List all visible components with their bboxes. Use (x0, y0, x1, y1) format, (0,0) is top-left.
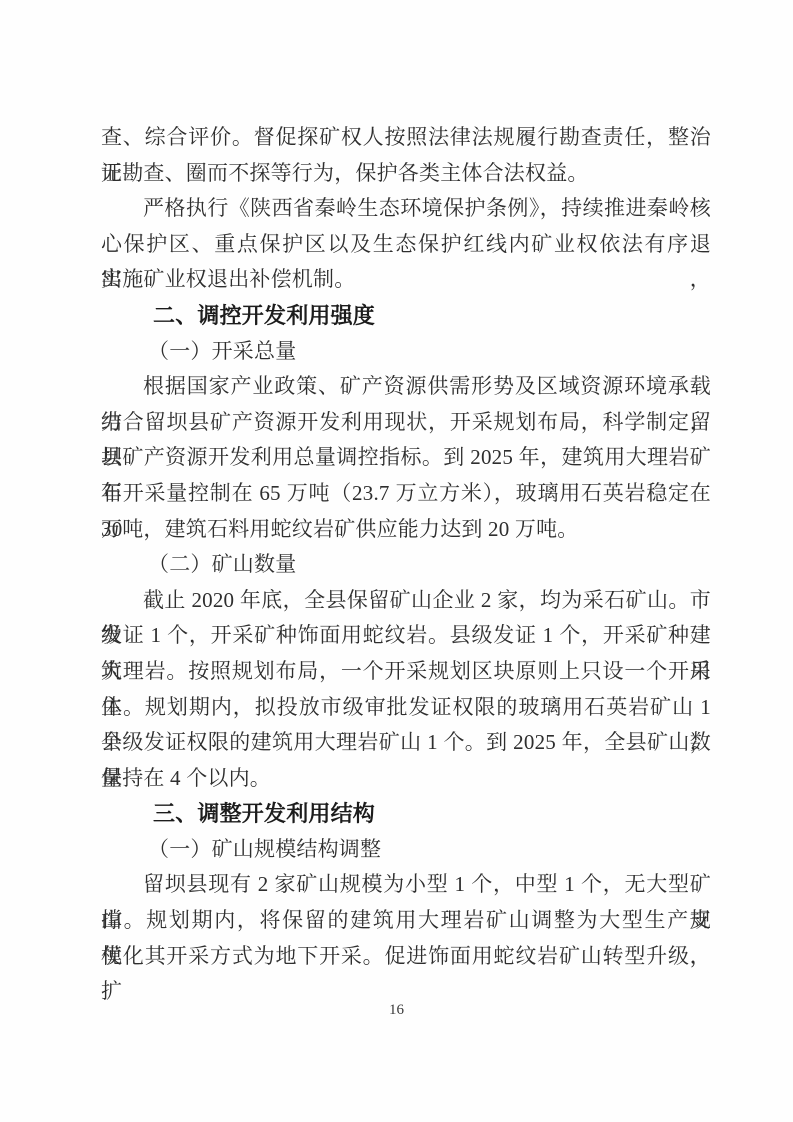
text-line: 体。规划期内，拟投放市级审批发证权限的玻璃用石英岩矿山 1 个， (101, 690, 711, 726)
section-heading-2: 二、调控开发利用强度 (101, 298, 711, 334)
subsection-heading: （一）矿山规模结构调整 (101, 832, 711, 868)
paragraph-start-line: 严格执行《陕西省秦岭生态环境保护条例》，持续推进秦岭核 (101, 191, 711, 227)
text-line: 证勘查、圈而不探等行为，保护各类主体合法权益。 (101, 156, 711, 192)
subsection-heading: （二）矿山数量 (101, 547, 711, 583)
text-line: 县级发证权限的建筑用大理岩矿山 1 个。到 2025 年，全县矿山数量 (101, 725, 711, 761)
text-line: 大理岩。按照规划布局，一个开采规划区块原则上只设一个开采主 (101, 654, 711, 690)
text-line: 心保护区、重点保护区以及生态保护红线内矿业权依法有序退出， (101, 227, 711, 263)
text-line: 优化其开采方式为地下开采。促进饰面用蛇纹岩矿山转型升级，扩 (101, 939, 711, 975)
text-line: 县矿产资源开发利用总量调控指标。到 2025 年，建筑用大理岩矿石 (101, 440, 711, 476)
text-line: 查、综合评价。督促探矿权人按照法律法规履行勘查责任，整治无 (101, 120, 711, 156)
subsection-heading: （一）开采总量 (101, 334, 711, 370)
text-line: 撑。规划期内，将保留的建筑用大理岩矿山调整为大型生产规模， (101, 903, 711, 939)
paragraph-start-line: 根据国家产业政策、矿产资源供需形势及区域资源环境承载力， (101, 369, 711, 405)
text-block: 查、综合评价。督促探矿权人按照法律法规履行勘查责任，整治无 证勘查、圈而不探等行… (101, 120, 711, 974)
paragraph-start-line: 留坝县现有 2 家矿山规模为小型 1 个，中型 1 个，无大型矿山支 (101, 867, 711, 903)
section-heading-3: 三、调整开发利用结构 (101, 796, 711, 832)
document-page: 查、综合评价。督促探矿权人按照法律法规履行勘查责任，整治无 证勘查、圈而不探等行… (0, 0, 793, 1122)
text-line: 万吨，建筑石料用蛇纹岩矿供应能力达到 20 万吨。 (101, 512, 711, 548)
text-line: 年开采量控制在 65 万吨（23.7 万立方米），玻璃用石英岩稳定在 30 (101, 476, 711, 512)
page-number: 16 (0, 1002, 793, 1019)
text-line: 保持在 4 个以内。 (101, 761, 711, 797)
paragraph-start-line: 截止 2020 年底，全县保留矿山企业 2 家，均为采石矿山。市级 (101, 583, 711, 619)
text-line: 发证 1 个，开采矿种饰面用蛇纹岩。县级发证 1 个，开采矿种建筑用 (101, 618, 711, 654)
text-line: 结合留坝县矿产资源开发利用现状，开采规划布局，科学制定留坝 (101, 405, 711, 441)
